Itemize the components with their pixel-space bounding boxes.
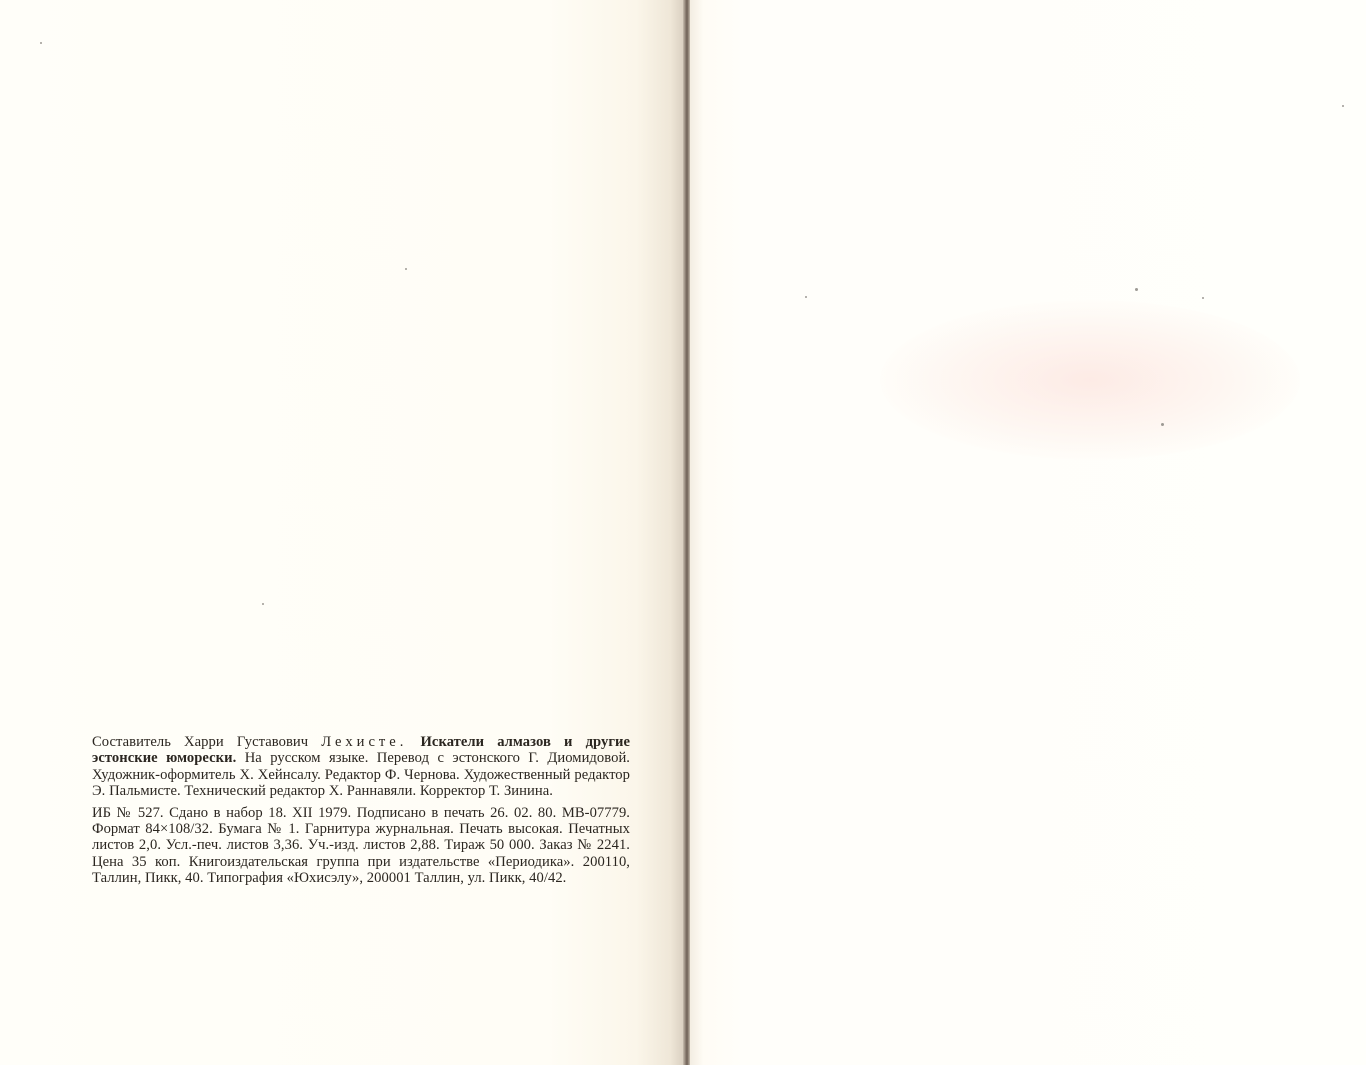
book-spread: Составитель Харри Густавович Лехисте. Ис… — [0, 0, 1366, 1065]
paper-speck — [1342, 105, 1344, 107]
paper-speck — [1161, 423, 1164, 426]
colophon: Составитель Харри Густавович Лехисте. Ис… — [92, 734, 630, 887]
paper-speck — [1202, 297, 1204, 299]
compiler-label: Составитель Харри Густавович — [92, 734, 321, 750]
right-page — [690, 0, 1366, 1065]
paper-speck — [405, 268, 407, 270]
paper-speck — [805, 296, 807, 298]
paper-speck — [262, 603, 264, 605]
imprint-paragraph: ИБ № 527. Сдано в набор 18. XII 1979. По… — [92, 805, 630, 887]
compiler-surname: Лехисте. — [321, 734, 407, 750]
credits-paragraph: Составитель Харри Густавович Лехисте. Ис… — [92, 734, 630, 800]
left-page: Составитель Харри Густавович Лехисте. Ис… — [0, 0, 684, 1065]
paper-speck — [40, 42, 42, 44]
paper-speck — [1135, 288, 1138, 291]
paper-stain — [880, 300, 1300, 460]
